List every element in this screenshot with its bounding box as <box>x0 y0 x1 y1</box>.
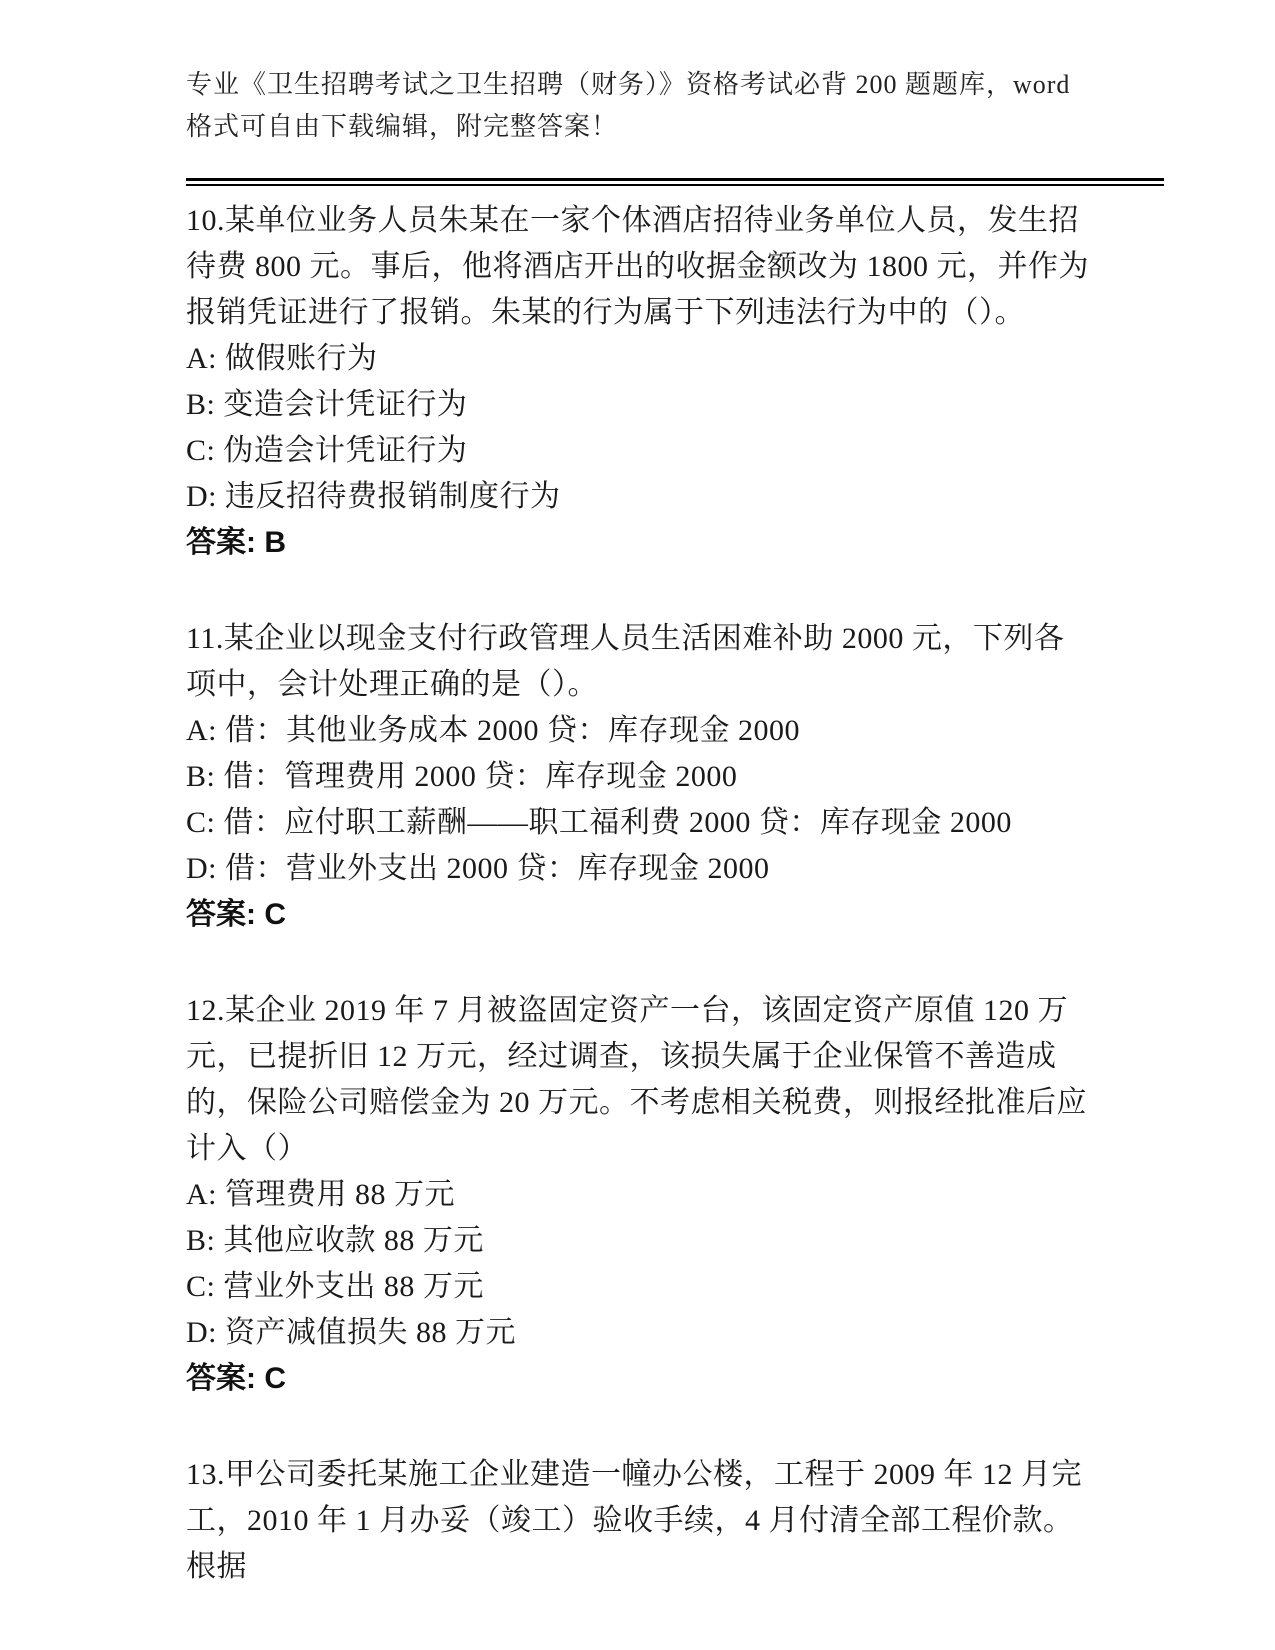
option-b: B: 变造会计凭证行为 <box>186 382 1091 428</box>
option-a: A: 做假账行为 <box>186 336 1091 382</box>
questions-area: 10.某单位业务人员朱某在一家个体酒店招待业务单位人员，发生招待费 800 元。… <box>186 198 1164 1590</box>
answer-line: 答案: B <box>186 520 1091 566</box>
header-rule <box>186 178 1164 186</box>
option-d: D: 资产减值损失 88 万元 <box>186 1310 1091 1356</box>
option-c: C: 营业外支出 88 万元 <box>186 1264 1091 1310</box>
option-c: C: 借：应付职工薪酬——职工福利费 2000 贷：库存现金 2000 <box>186 800 1091 846</box>
question-11: 11.某企业以现金支付行政管理人员生活困难补助 2000 元，下列各项中，会计处… <box>186 616 1164 938</box>
question-stem: 13.甲公司委托某施工企业建造一幢办公楼，工程于 2009 年 12 月完工，2… <box>186 1452 1091 1590</box>
question-10: 10.某单位业务人员朱某在一家个体酒店招待业务单位人员，发生招待费 800 元。… <box>186 198 1164 566</box>
option-d: D: 借：营业外支出 2000 贷：库存现金 2000 <box>186 846 1091 892</box>
question-12: 12.某企业 2019 年 7 月被盗固定资产一台，该固定资产原值 120 万元… <box>186 988 1164 1402</box>
option-b: B: 借：管理费用 2000 贷：库存现金 2000 <box>186 754 1091 800</box>
option-c: C: 伪造会计凭证行为 <box>186 428 1091 474</box>
question-stem: 12.某企业 2019 年 7 月被盗固定资产一台，该固定资产原值 120 万元… <box>186 988 1091 1172</box>
header-note: 专业《卫生招聘考试之卫生招聘（财务）》资格考试必背 200 题题库，word 格… <box>186 64 1086 148</box>
option-d: D: 违反招待费报销制度行为 <box>186 474 1091 520</box>
option-a: A: 管理费用 88 万元 <box>186 1172 1091 1218</box>
header-rule-thin-line <box>186 184 1164 186</box>
header-rule-thick-line <box>186 178 1164 181</box>
answer-line: 答案: C <box>186 1356 1091 1402</box>
option-a: A: 借：其他业务成本 2000 贷：库存现金 2000 <box>186 708 1091 754</box>
option-b: B: 其他应收款 88 万元 <box>186 1218 1091 1264</box>
answer-line: 答案: C <box>186 892 1091 938</box>
question-stem: 10.某单位业务人员朱某在一家个体酒店招待业务单位人员，发生招待费 800 元。… <box>186 198 1091 336</box>
question-13-partial: 13.甲公司委托某施工企业建造一幢办公楼，工程于 2009 年 12 月完工，2… <box>186 1452 1164 1590</box>
question-stem: 11.某企业以现金支付行政管理人员生活困难补助 2000 元，下列各项中，会计处… <box>186 616 1091 708</box>
document-page: 专业《卫生招聘考试之卫生招聘（财务）》资格考试必背 200 题题库，word 格… <box>0 0 1275 1650</box>
